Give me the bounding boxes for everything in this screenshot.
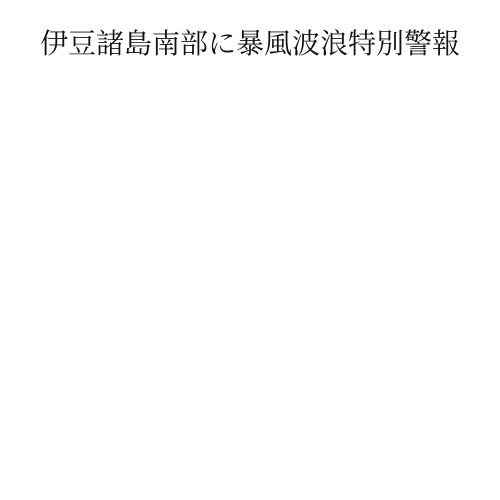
headline-text: 伊豆諸島南部に暴風波浪特別警報 — [0, 30, 500, 61]
page-background: 伊豆諸島南部に暴風波浪特別警報 — [0, 0, 500, 500]
